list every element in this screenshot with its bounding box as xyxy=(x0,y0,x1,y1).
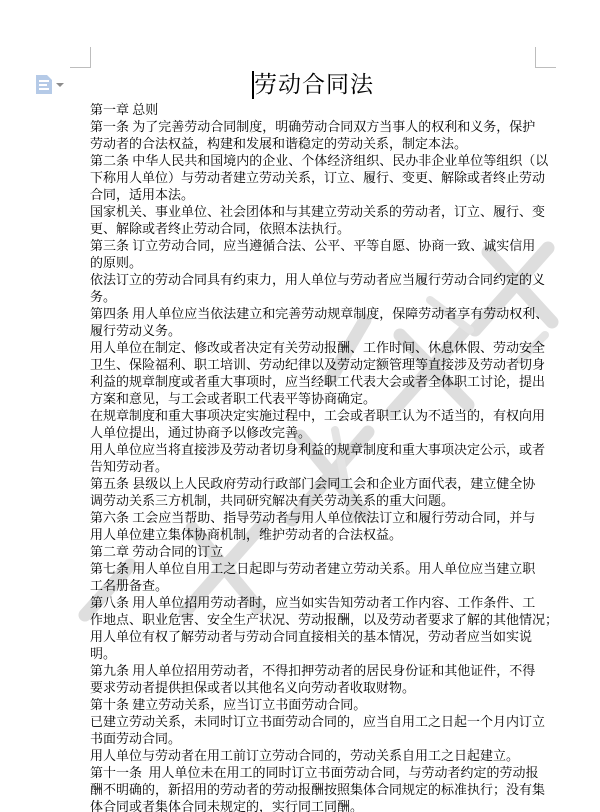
text-line[interactable]: 第四条 用人单位应当依法建立和完善劳动规章制度，保障劳动者享有劳动权利、 xyxy=(90,305,536,322)
text-line[interactable]: 第九条 用人单位招用劳动者，不得扣押劳动者的居民身份证和其他证件，不得 xyxy=(90,662,536,679)
text-line[interactable]: 第一条 为了完善劳动合同制度，明确劳动合同双方当事人的权利和义务，保护 xyxy=(90,118,536,135)
text-line[interactable]: 酬不明确的，新招用的劳动者的劳动报酬按照集体合同规定的标准执行；没有集 xyxy=(90,781,536,798)
paste-options-button[interactable] xyxy=(35,74,65,96)
clipboard-line xyxy=(39,88,49,90)
text-line[interactable]: 第二条 中华人民共和国境内的企业、个体经济组织、民办非企业单位等组织（以 xyxy=(90,152,536,169)
text-line[interactable]: 劳动者的合法权益，构建和发展和谐稳定的劳动关系，制定本法。 xyxy=(90,135,536,152)
text-line[interactable]: 书面劳动合同。 xyxy=(90,730,536,747)
crop-mark-top-left xyxy=(90,47,91,68)
text-line[interactable]: 调劳动关系三方机制，共同研究解决有关劳动关系的重大问题。 xyxy=(90,492,536,509)
text-line[interactable]: 合同，适用本法。 xyxy=(90,186,536,203)
text-line[interactable]: 第一章 总则 xyxy=(90,101,536,118)
crop-mark-top-right xyxy=(535,67,556,68)
text-line[interactable]: 第七条 用人单位自用工之日起即与劳动者建立劳动关系。用人单位应当建立职 xyxy=(90,560,536,577)
clipboard-line xyxy=(39,84,47,86)
text-line[interactable]: 体合同或者集体合同未规定的，实行同工同酬。 xyxy=(90,798,536,812)
text-line[interactable]: 用人单位应当将直接涉及劳动者切身利益的规章制度和重大事项决定公示，或者 xyxy=(90,441,536,458)
clipboard-line xyxy=(39,80,49,82)
text-line[interactable]: 作地点、职业危害、安全生产状况、劳动报酬，以及劳动者要求了解的其他情况； xyxy=(90,611,536,628)
text-line[interactable]: 第十一条 用人单位未在用工的同时订立书面劳动合同，与劳动者约定的劳动报 xyxy=(90,764,536,781)
chevron-down-icon[interactable] xyxy=(56,83,64,87)
text-line[interactable]: 务。 xyxy=(90,288,536,305)
paste-clipboard-icon xyxy=(36,75,52,94)
crop-mark-top-left xyxy=(70,67,91,68)
text-line[interactable]: 国家机关、事业单位、社会团体和与其建立劳动关系的劳动者，订立、履行、变 xyxy=(90,203,536,220)
text-line[interactable]: 在规章制度和重大事项决定实施过程中，工会或者职工认为不适当的，有权向用 xyxy=(90,407,536,424)
text-line[interactable]: 用人单位与劳动者在用工前订立劳动合同的，劳动关系自用工之日起建立。 xyxy=(90,747,536,764)
text-line[interactable]: 工名册备查。 xyxy=(90,577,536,594)
text-line[interactable]: 人单位提出，通过协商予以修改完善。 xyxy=(90,424,536,441)
text-line[interactable]: 第八条 用人单位招用劳动者时，应当如实告知劳动者工作内容、工作条件、工 xyxy=(90,594,536,611)
text-line[interactable]: 方案和意见，与工会或者职工代表平等协商确定。 xyxy=(90,390,536,407)
document-title[interactable]: 劳动合同法 xyxy=(254,71,374,99)
text-line[interactable]: 用人单位有权了解劳动者与劳动合同直接相关的基本情况，劳动者应当如实说 xyxy=(90,628,536,645)
crop-mark-top-right xyxy=(535,47,536,68)
text-line[interactable]: 第十条 建立劳动关系，应当订立书面劳动合同。 xyxy=(90,696,536,713)
text-line[interactable]: 更、解除或者终止劳动合同，依照本法执行。 xyxy=(90,220,536,237)
title-row[interactable]: 劳动合同法 xyxy=(90,71,536,99)
text-line[interactable]: 第二章 劳动合同的订立 xyxy=(90,543,536,560)
text-line[interactable]: 利益的规章制度或者重大事项时，应当经职工代表大会或者全体职工讨论，提出 xyxy=(90,373,536,390)
text-line[interactable]: 第三条 订立劳动合同，应当遵循合法、公平、平等自愿、协商一致、诚实信用 xyxy=(90,237,536,254)
text-line[interactable]: 要求劳动者提供担保或者以其他名义向劳动者收取财物。 xyxy=(90,679,536,696)
text-line[interactable]: 已建立劳动关系，未同时订立书面劳动合同的，应当自用工之日起一个月内订立 xyxy=(90,713,536,730)
text-line[interactable]: 依法订立的劳动合同具有约束力，用人单位与劳动者应当履行劳动合同约定的义 xyxy=(90,271,536,288)
text-line[interactable]: 告知劳动者。 xyxy=(90,458,536,475)
text-line[interactable]: 用人单位在制定、修改或者决定有关劳动报酬、工作时间、休息休假、劳动安全 xyxy=(90,339,536,356)
document-body[interactable]: 第一章 总则第一条 为了完善劳动合同制度，明确劳动合同双方当事人的权利和义务，保… xyxy=(90,101,536,812)
text-line[interactable]: 用人单位建立集体协商机制，维护劳动者的合法权益。 xyxy=(90,526,536,543)
text-line[interactable]: 第五条 县级以上人民政府劳动行政部门会同工会和企业方面代表，建立健全协 xyxy=(90,475,536,492)
text-line[interactable]: 的原则。 xyxy=(90,254,536,271)
text-line[interactable]: 第六条 工会应当帮助、指导劳动者与用人单位依法订立和履行劳动合同，并与 xyxy=(90,509,536,526)
text-line[interactable]: 履行劳动义务。 xyxy=(90,322,536,339)
text-line[interactable]: 明。 xyxy=(90,645,536,662)
text-line[interactable]: 下称用人单位）与劳动者建立劳动关系，订立、履行、变更、解除或者终止劳动 xyxy=(90,169,536,186)
text-line[interactable]: 卫生、保险福利、职工培训、劳动纪律以及劳动定额管理等直接涉及劳动者切身 xyxy=(90,356,536,373)
